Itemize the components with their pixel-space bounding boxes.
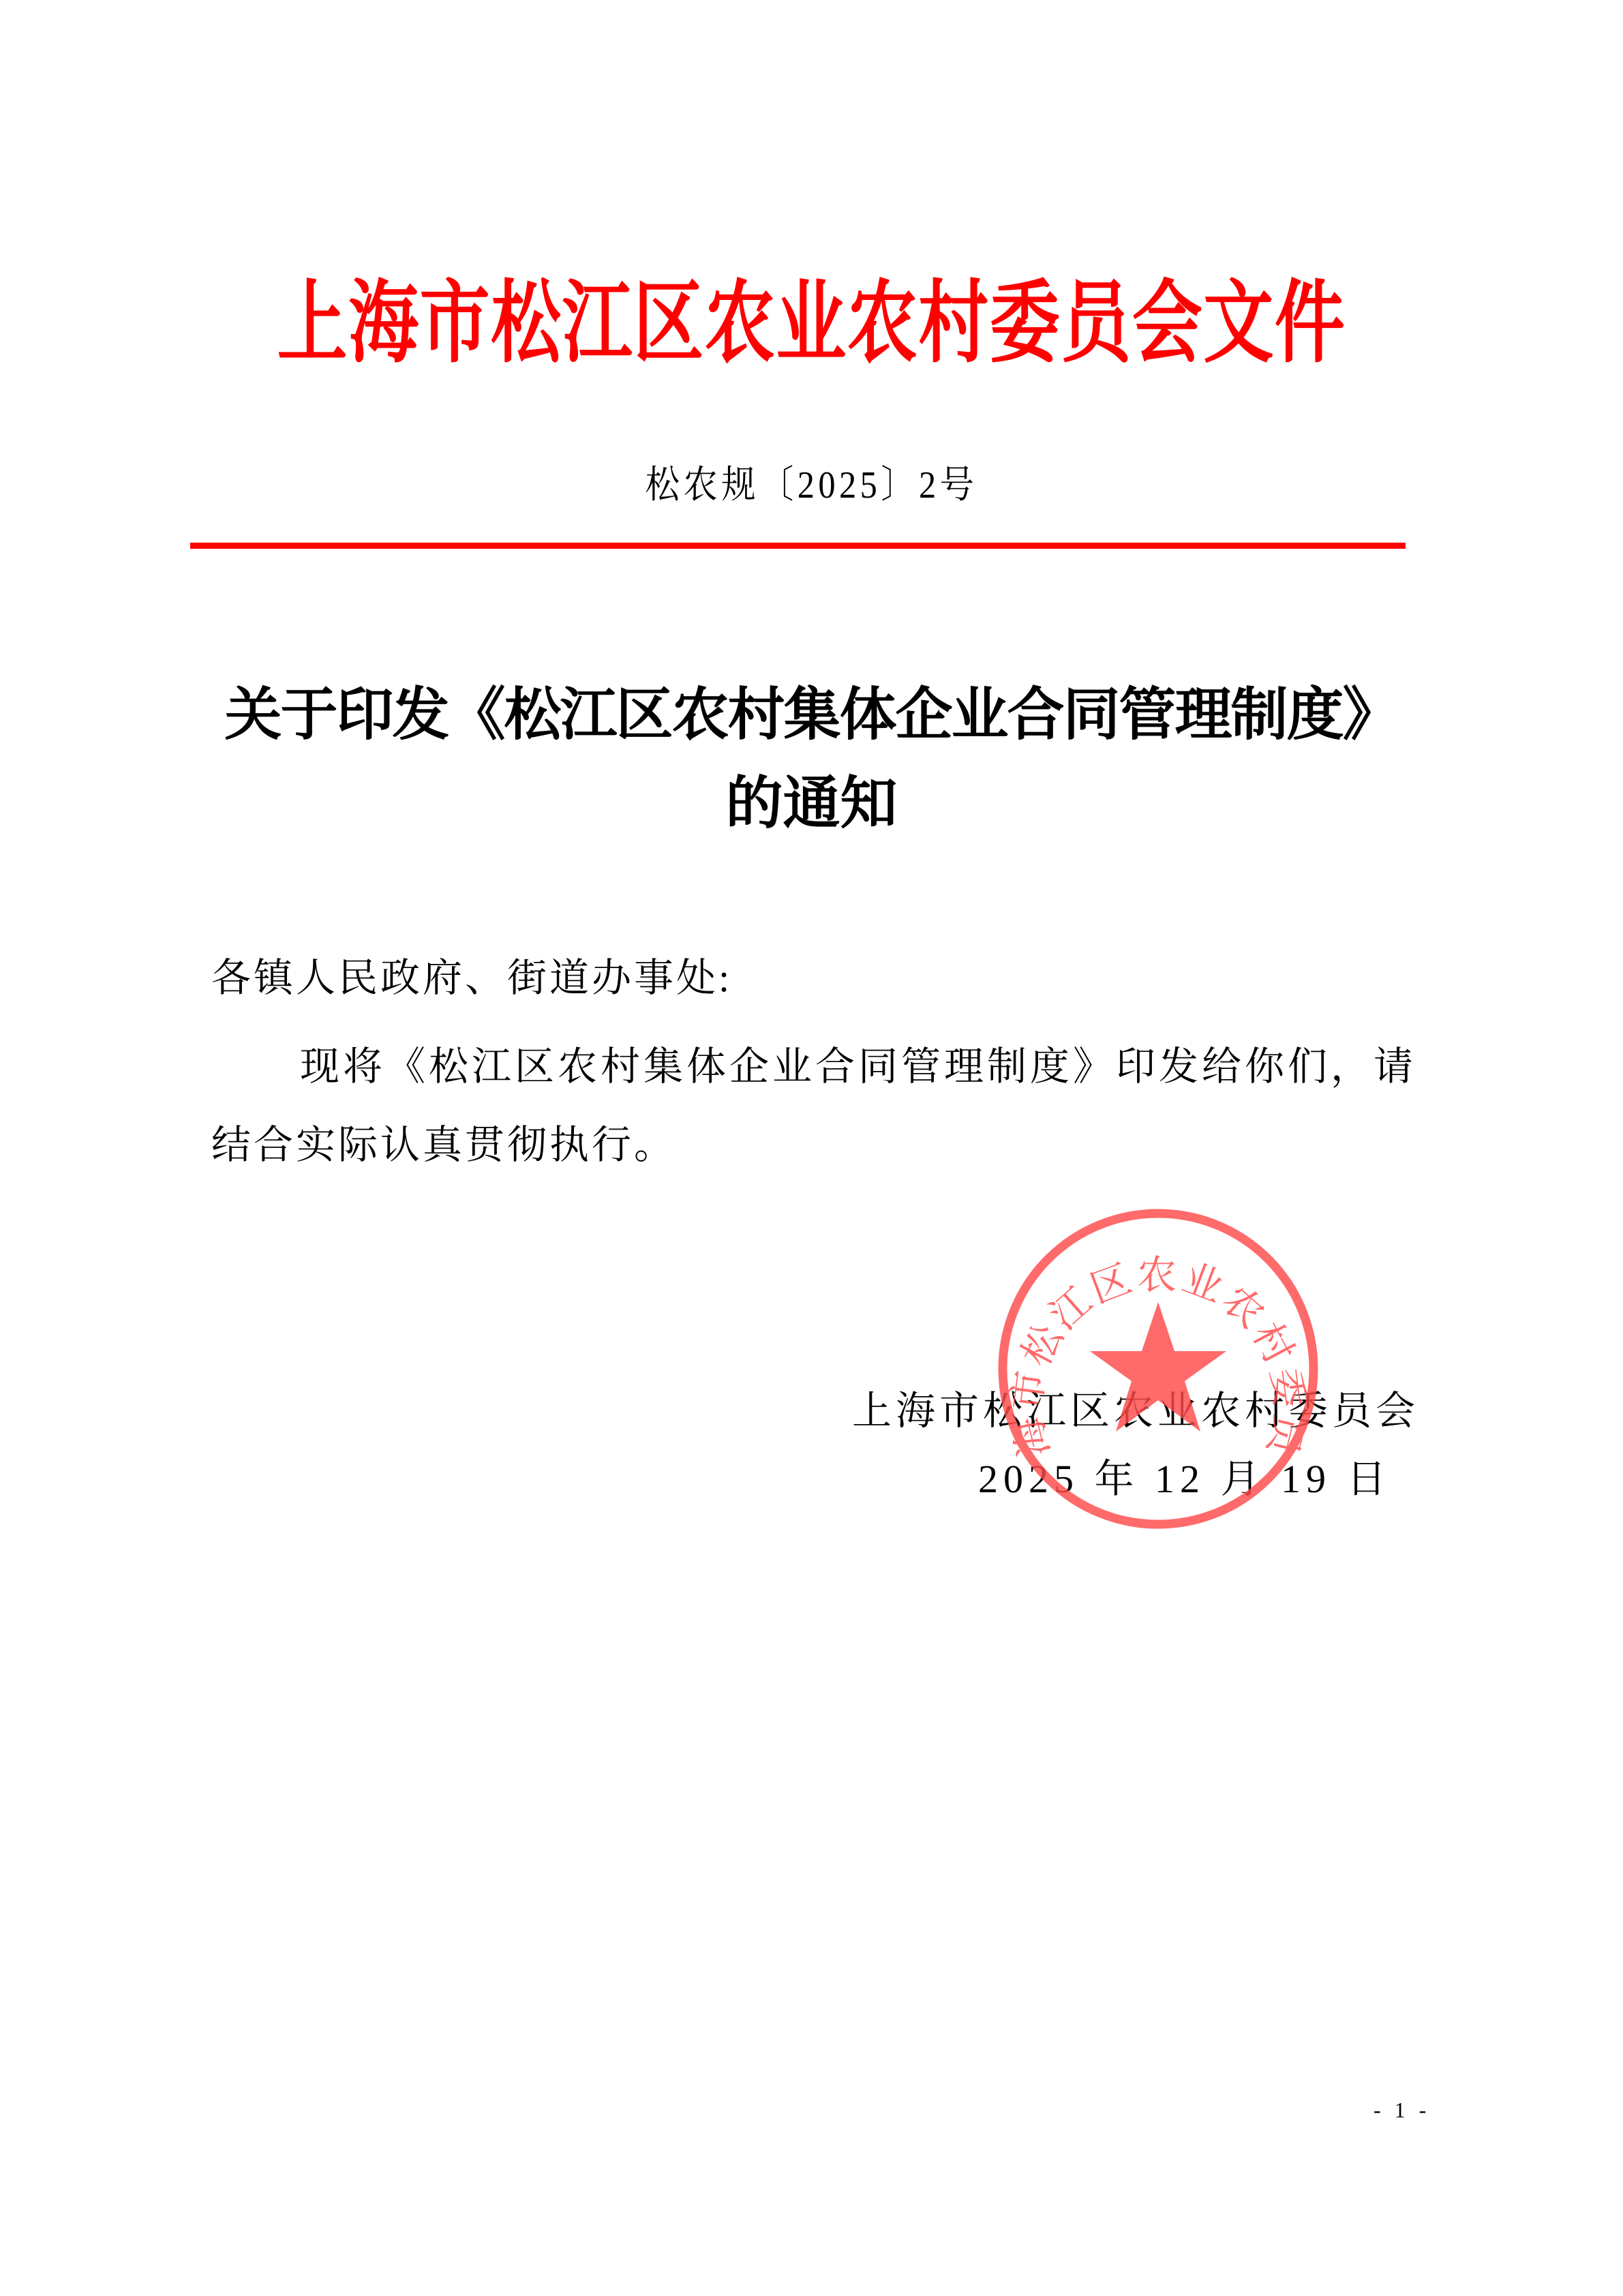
official-seal: 上海市松江区农业农村委员会 — [996, 1207, 1320, 1531]
star-icon — [1090, 1302, 1226, 1432]
document-title-line-2: 的通知 — [0, 770, 1623, 839]
body-paragraph-line-1: 现将《松江区农村集体企业合同管理制度》印发给你们，请 — [300, 1040, 1416, 1094]
salutation: 各镇人民政府、街道办事处: — [211, 951, 732, 1006]
body-paragraph-line-2: 结合实际认真贯彻执行。 — [211, 1118, 676, 1173]
issuer-title: 上海市松江区农业农村委员会文件 — [179, 269, 1444, 378]
document-title-line-1: 关于印发《松江区农村集体企业合同管理制度》 — [0, 682, 1623, 750]
document-number: 松农规〔2025〕2号 — [81, 458, 1542, 513]
page-number: - 1 - — [1374, 2096, 1430, 2124]
red-divider — [190, 543, 1406, 549]
